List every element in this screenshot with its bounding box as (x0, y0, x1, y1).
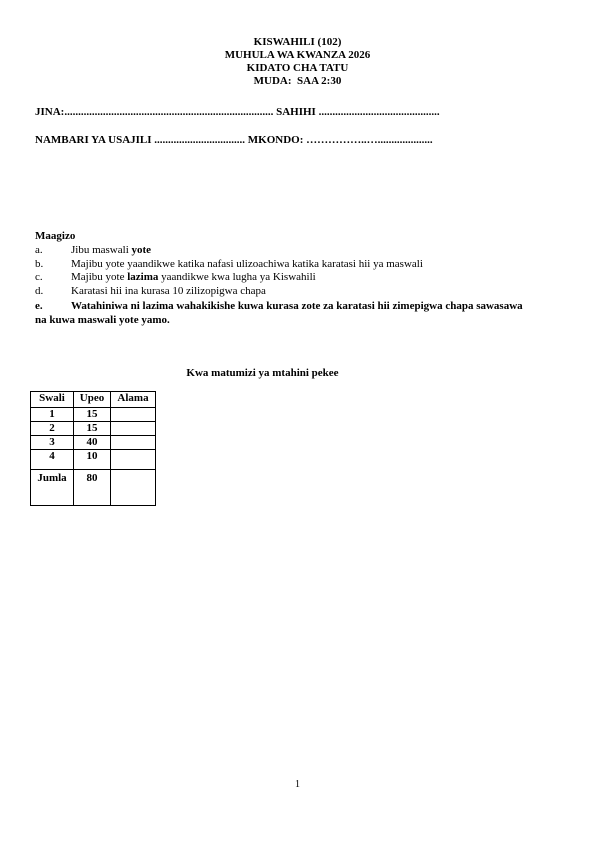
instruction-bold-text: yote (132, 244, 152, 256)
table-header-row: Swali Upeo Alama (31, 392, 156, 408)
class-title: KIDATO CHA TATU (0, 62, 595, 75)
table-row: 1 15 (31, 408, 156, 422)
question-cell: 1 (31, 408, 74, 422)
score-cell (111, 436, 156, 450)
total-score-cell (111, 470, 156, 506)
instruction-letter: b. (35, 258, 71, 272)
subject-title: KISWAHILI (102) (0, 36, 595, 49)
instructions-title: Maagizo (35, 230, 75, 242)
total-max-cell: 80 (74, 470, 111, 506)
instruction-letter: e. (35, 299, 71, 313)
question-cell: 3 (31, 436, 74, 450)
registration-stream-line: NAMBARI YA USAJILI .....................… (35, 134, 433, 146)
marks-table: Swali Upeo Alama 1 15 2 15 3 40 4 10 Jum… (30, 391, 156, 506)
question-cell: 4 (31, 450, 74, 470)
name-signature-line: JINA:...................................… (35, 106, 440, 118)
table-row: 3 40 (31, 436, 156, 450)
instruction-item: b.Majibu yote yaandikwe katika nafasi ul… (35, 258, 423, 272)
instruction-item: d.Karatasi hii ina kurasa 10 zilizopigwa… (35, 285, 266, 299)
instruction-text: Karatasi hii ina kurasa 10 zilizopigwa c… (71, 285, 266, 297)
column-header: Swali (31, 392, 74, 408)
instruction-text: Watahiniwa ni lazima wahakikishe kuwa ku… (35, 300, 523, 326)
instruction-letter: d. (35, 285, 71, 299)
max-score-cell: 40 (74, 436, 111, 450)
instruction-text: Jibu maswali (71, 244, 132, 256)
instruction-letter: c. (35, 271, 71, 285)
instruction-bold-text: lazima (127, 271, 158, 283)
table-row: 4 10 (31, 450, 156, 470)
column-header: Upeo (74, 392, 111, 408)
table-row: 2 15 (31, 422, 156, 436)
score-cell (111, 422, 156, 436)
column-header: Alama (111, 392, 156, 408)
instruction-item-e: e.Watahiniwa ni lazima wahakikishe kuwa … (35, 299, 535, 327)
page-number: 1 (0, 779, 595, 790)
exam-header: KISWAHILI (102) MUHULA WA KWANZA 2026 KI… (0, 36, 595, 88)
question-cell: 2 (31, 422, 74, 436)
instruction-item: a.Jibu maswali yote (35, 244, 151, 258)
table-total-row: Jumla 80 (31, 470, 156, 506)
max-score-cell: 10 (74, 450, 111, 470)
term-title: MUHULA WA KWANZA 2026 (0, 49, 595, 62)
marks-table-caption: Kwa matumizi ya mtahini pekee (0, 367, 525, 379)
instruction-item: c.Majibu yote lazima yaandikwe kwa lugha… (35, 271, 316, 285)
instruction-text: Majibu yote (71, 271, 127, 283)
score-cell (111, 450, 156, 470)
max-score-cell: 15 (74, 408, 111, 422)
instruction-letter: a. (35, 244, 71, 258)
instruction-text: yaandikwe kwa lugha ya Kiswahili (158, 271, 315, 283)
instruction-text: Majibu yote yaandikwe katika nafasi uliz… (71, 258, 423, 270)
max-score-cell: 15 (74, 422, 111, 436)
score-cell (111, 408, 156, 422)
total-label-cell: Jumla (31, 470, 74, 506)
duration-title: MUDA: SAA 2:30 (0, 75, 595, 88)
